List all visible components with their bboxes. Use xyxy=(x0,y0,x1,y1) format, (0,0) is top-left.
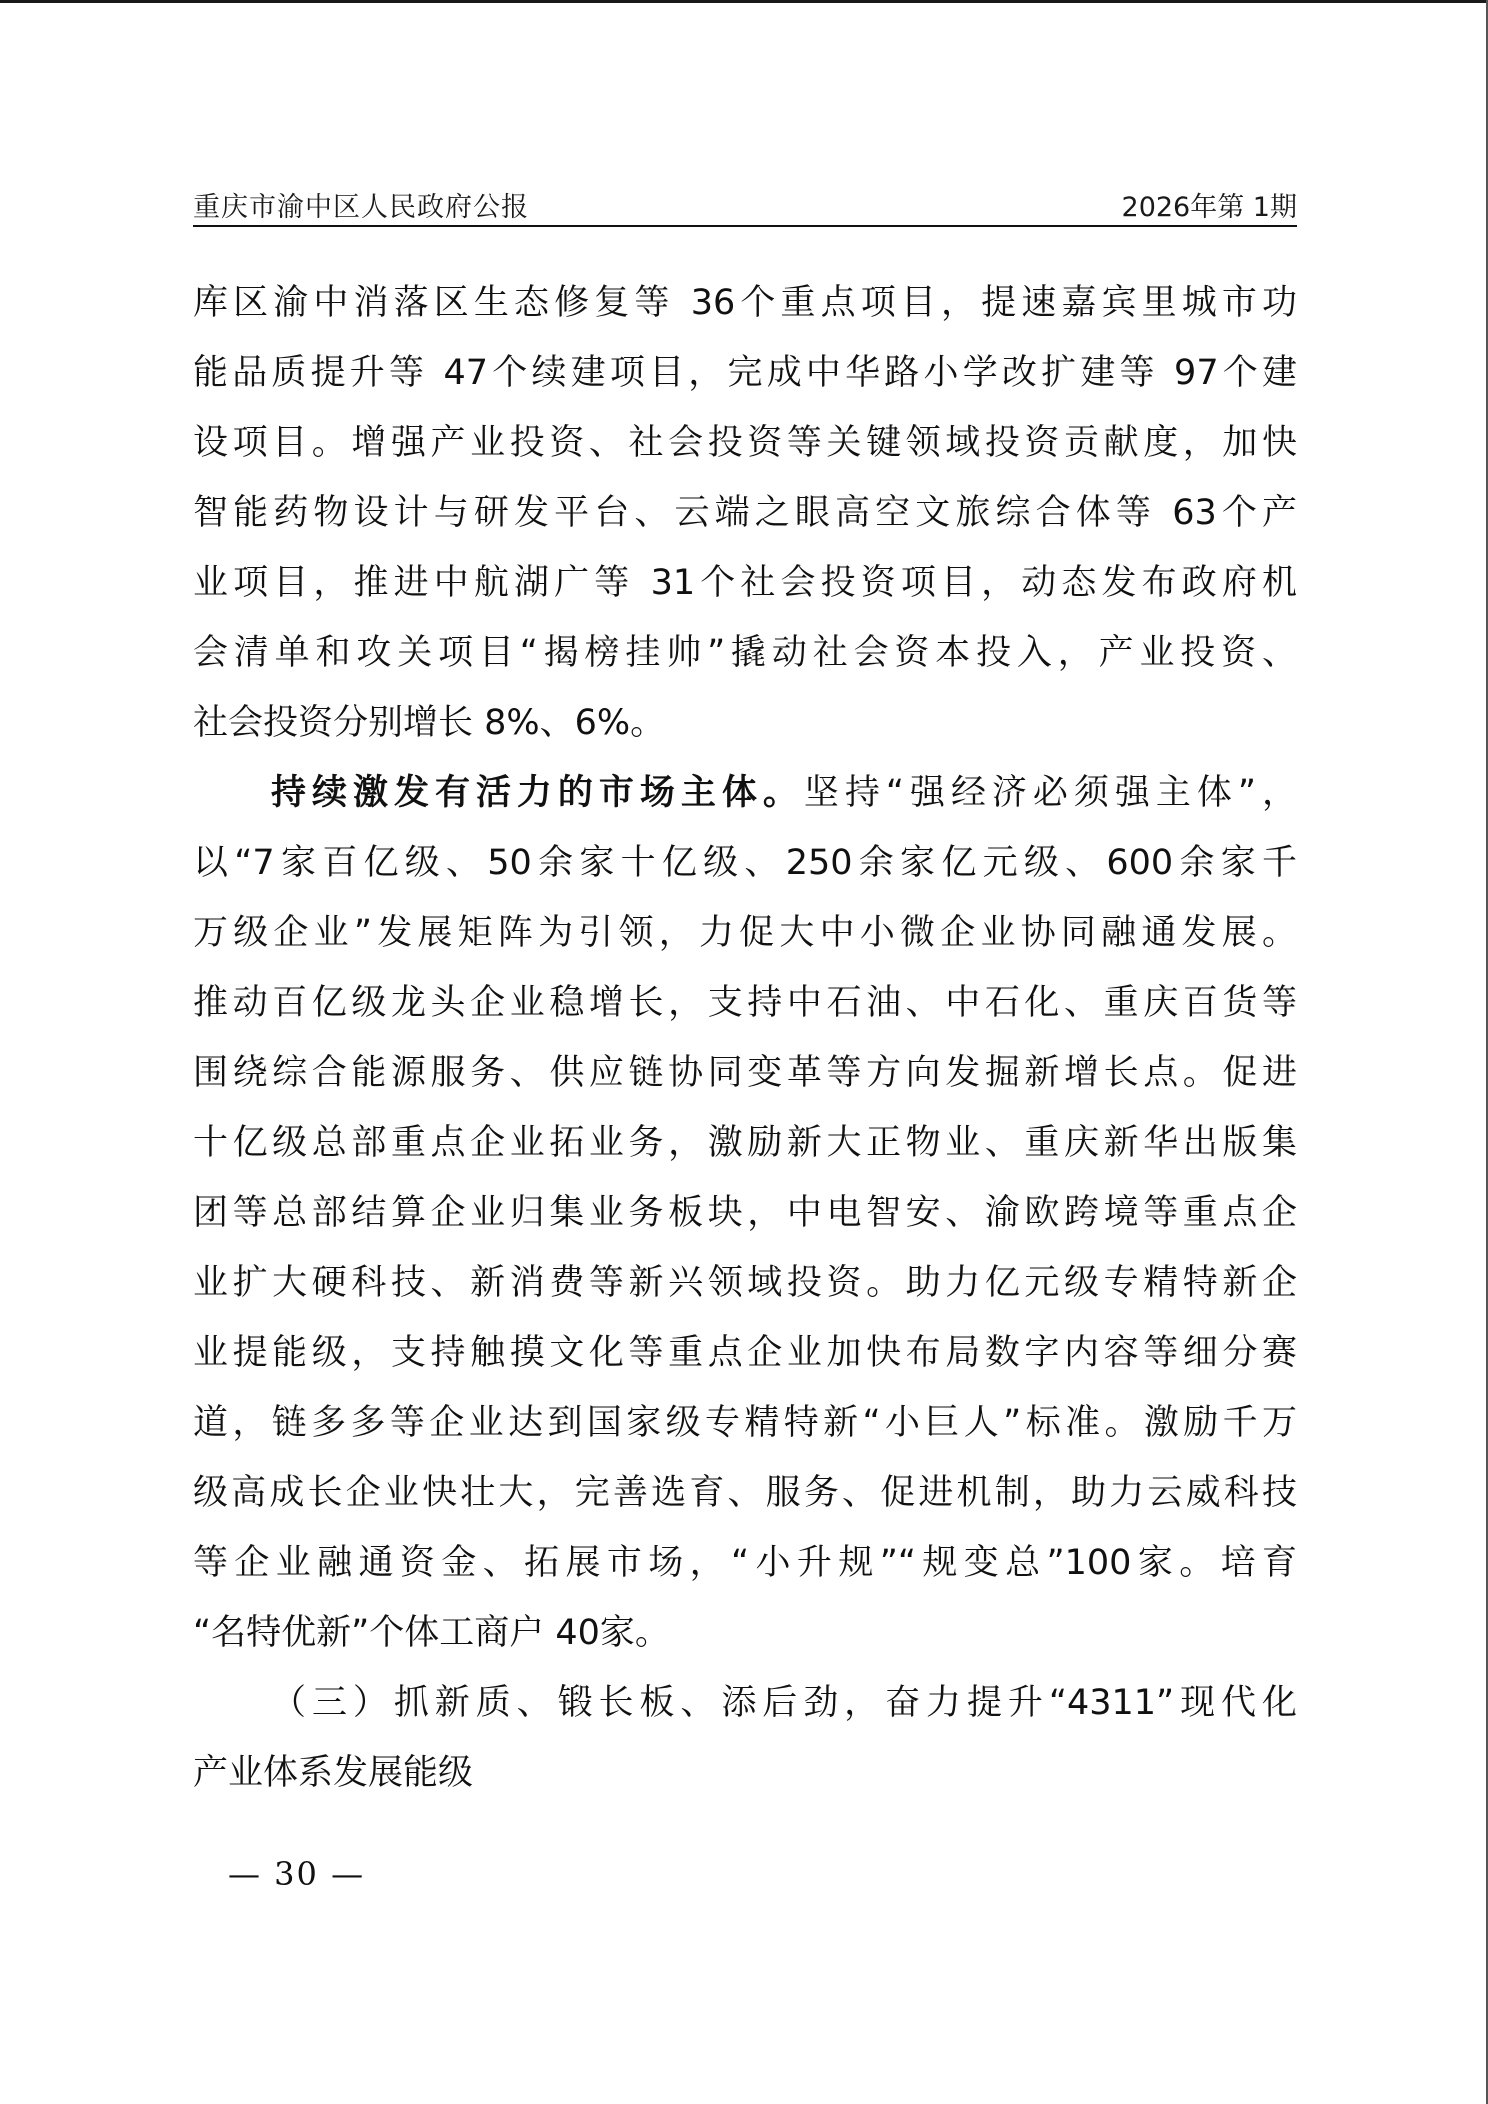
document-body: 库区渝中消落区生态修复等 36个重点项目，提速嘉宾里城市功 能品质提升等 47个… xyxy=(193,268,1297,1808)
text-line: 推动百亿级龙头企业稳增长，支持中石油、中石化、重庆百货等 xyxy=(193,968,1297,1038)
running-header: 重庆市渝中区人民政府公报 2026年第 1期 xyxy=(193,180,1297,224)
text-line: 业项目，推进中航湖广等 31个社会投资项目，动态发布政府机 xyxy=(193,548,1297,618)
text-line: 团等总部结算企业归集业务板块，中电智安、渝欧跨境等重点企 xyxy=(193,1178,1297,1248)
section-heading-line: 产业体系发展能级 xyxy=(193,1738,1297,1808)
text-line: 以“7家百亿级、50余家十亿级、250余家亿元级、600余家千 xyxy=(193,828,1297,898)
text-line: 围绕综合能源服务、供应链协同变革等方向发掘新增长点。促进 xyxy=(193,1038,1297,1108)
text-line: 道，链多多等企业达到国家级专精特新“小巨人”标准。激励千万 xyxy=(193,1388,1297,1458)
text-line: 会清单和攻关项目“揭榜挂帅”撬动社会资本投入，产业投资、 xyxy=(193,618,1297,688)
text-line: 级高成长企业快壮大，完善选育、服务、促进机制，助力云威科技 xyxy=(193,1458,1297,1528)
publication-title: 重庆市渝中区人民政府公报 xyxy=(193,185,529,224)
section-heading-three: （三）抓新质、锻长板、添后劲，奋力提升“4311”现代化 产业体系发展能级 xyxy=(193,1668,1297,1808)
issue-number: 2026年第 1期 xyxy=(1122,185,1297,224)
text-span: 坚持“强经济必须强主体”， xyxy=(804,773,1297,813)
paragraph-investment: 库区渝中消落区生态修复等 36个重点项目，提速嘉宾里城市功 能品质提升等 47个… xyxy=(193,268,1297,758)
text-line: 持续激发有活力的市场主体。坚持“强经济必须强主体”， xyxy=(193,758,1297,828)
text-line: 能品质提升等 47个续建项目，完成中华路小学改扩建等 97个建 xyxy=(193,338,1297,408)
paragraph-heading: 持续激发有活力的市场主体。 xyxy=(271,773,804,813)
text-line: 万级企业”发展矩阵为引领，力促大中小微企业协同融通发展。 xyxy=(193,898,1297,968)
text-line: 智能药物设计与研发平台、云端之眼高空文旅综合体等 63个产 xyxy=(193,478,1297,548)
text-line: 设项目。增强产业投资、社会投资等关键领域投资贡献度，加快 xyxy=(193,408,1297,478)
page-top-border xyxy=(0,0,1488,3)
page-number: — 30 — xyxy=(228,1855,365,1893)
text-line: “名特优新”个体工商户 40家。 xyxy=(193,1598,1297,1668)
text-line: 库区渝中消落区生态修复等 36个重点项目，提速嘉宾里城市功 xyxy=(193,268,1297,338)
paragraph-market-entities: 持续激发有活力的市场主体。坚持“强经济必须强主体”， 以“7家百亿级、50余家十… xyxy=(193,758,1297,1668)
header-divider xyxy=(193,225,1297,227)
text-line: 社会投资分别增长 8%、6%。 xyxy=(193,688,1297,758)
text-line: 十亿级总部重点企业拓业务，激励新大正物业、重庆新华出版集 xyxy=(193,1108,1297,1178)
text-line: 等企业融通资金、拓展市场，“小升规”“规变总”100家。培育 xyxy=(193,1528,1297,1598)
section-heading-line: （三）抓新质、锻长板、添后劲，奋力提升“4311”现代化 xyxy=(193,1668,1297,1738)
text-line: 业提能级，支持触摸文化等重点企业加快布局数字内容等细分赛 xyxy=(193,1318,1297,1388)
text-line: 业扩大硬科技、新消费等新兴领域投资。助力亿元级专精特新企 xyxy=(193,1248,1297,1318)
